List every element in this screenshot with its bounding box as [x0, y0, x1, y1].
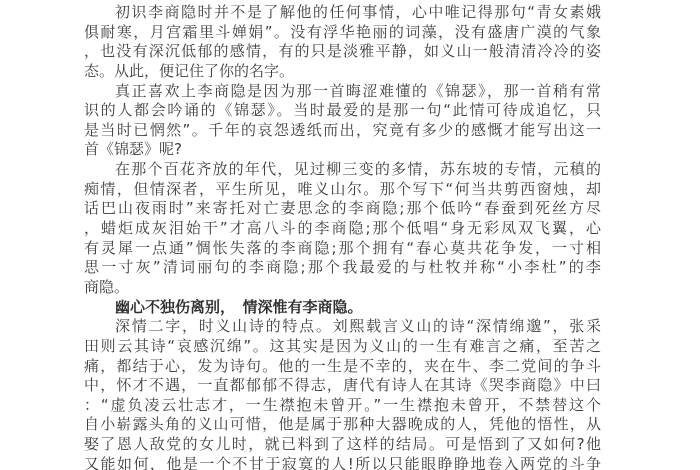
text-line: 在那个百花齐放的年代，见过柳三变的多情，苏东坡的专情，元稹的 — [84, 160, 601, 180]
text-line: 初识李商隐时并不是了解他的任何事情，心中唯记得那句“青女素娥 — [84, 3, 601, 23]
text-line: 痛，都结于心，发为诗句。他的一生是不幸的，夹在牛、李二党间的争斗 — [84, 357, 601, 377]
document-page: 初识李商隐时并不是了解他的任何事情，心中唯记得那句“青女素娥 俱耐寒，月宫霜里斗… — [0, 0, 700, 470]
text-line: 话巴山夜雨时”来寄托对亡妻思念的李商隐;那个低吟“春蚕到死丝方尽 — [84, 199, 601, 219]
text-line: 有灵犀一点通”惆怅失落的李商隐;那个拥有“春心莫共花争发，一寸相 — [84, 239, 601, 259]
essay-text-block: 初识李商隐时并不是了解他的任何事情，心中唯记得那句“青女素娥 俱耐寒，月宫霜里斗… — [84, 3, 601, 470]
text-line: 又能如何，他是一个不甘于寂寞的人!所以只能眼睁睁地卷入两党的斗争 — [84, 455, 601, 470]
text-line: 真正喜欢上李商隐是因为那一首晦涩难懂的《锦瑟》，那一首稍有常 — [84, 82, 601, 102]
text-line: 娶了恩人敌党的女儿时，就已料到了这样的结局。可是悟到了又如何?他 — [84, 435, 601, 455]
text-line: ，蜡炬成灰泪始干”才高八斗的李商隐;那个低唱“身无彩凤双飞翼，心 — [84, 219, 601, 239]
text-line: 自小崭露头角的义山可惜，他是属于那种大器晚成的人，凭他的悟性，从 — [84, 415, 601, 435]
text-line: 中，怀才不遇，一直都郁郁不得志，唐代有诗人在其诗《哭李商隐》中曰 — [84, 376, 601, 396]
text-line: ：“虚负凌云壮志才，一生襟抱未曾开。”一生襟抱未曾开，不禁替这个 — [84, 396, 601, 416]
text-line: 商隐。 — [84, 278, 601, 298]
text-line: 深情二字，时义山诗的特点。刘熙载言义山的诗“深情绵邈”，张采 — [84, 317, 601, 337]
text-line: 识的人都会吟诵的《锦瑟》。当时最爱的是那一句“此情可待成追忆，只 — [84, 101, 601, 121]
text-line: 是当时已惘然”。千年的哀怨透纸而出，究竟有多少的感慨才能写出这一 — [84, 121, 601, 141]
text-line: 痴情，但情深者，平生所见，唯义山尔。那个写下“何当共剪西窗烛，却 — [84, 180, 601, 200]
text-line: 俱耐寒，月宫霜里斗婵娟”。没有浮华艳丽的词藻，没有盛唐广漠的气象 — [84, 23, 601, 43]
text-line: 态。从此，便记住了你的名字。 — [84, 62, 601, 82]
text-line: 首《锦瑟》呢? — [84, 140, 601, 160]
text-line: 田则云其诗“哀感沉绵”。这其实是因为义山的一生有难言之痛，至苦之 — [84, 337, 601, 357]
text-line: 思一寸灰”清词丽句的李商隐;那个我最爱的与杜牧并称“小李杜”的李 — [84, 258, 601, 278]
text-line-emphasis: 幽心不独伤离别， 情深惟有李商隐。 — [84, 298, 601, 318]
text-line: ，也没有深沉低郁的感情，有的只是淡雅平静，如义山一般清清冷冷的姿 — [84, 42, 601, 62]
